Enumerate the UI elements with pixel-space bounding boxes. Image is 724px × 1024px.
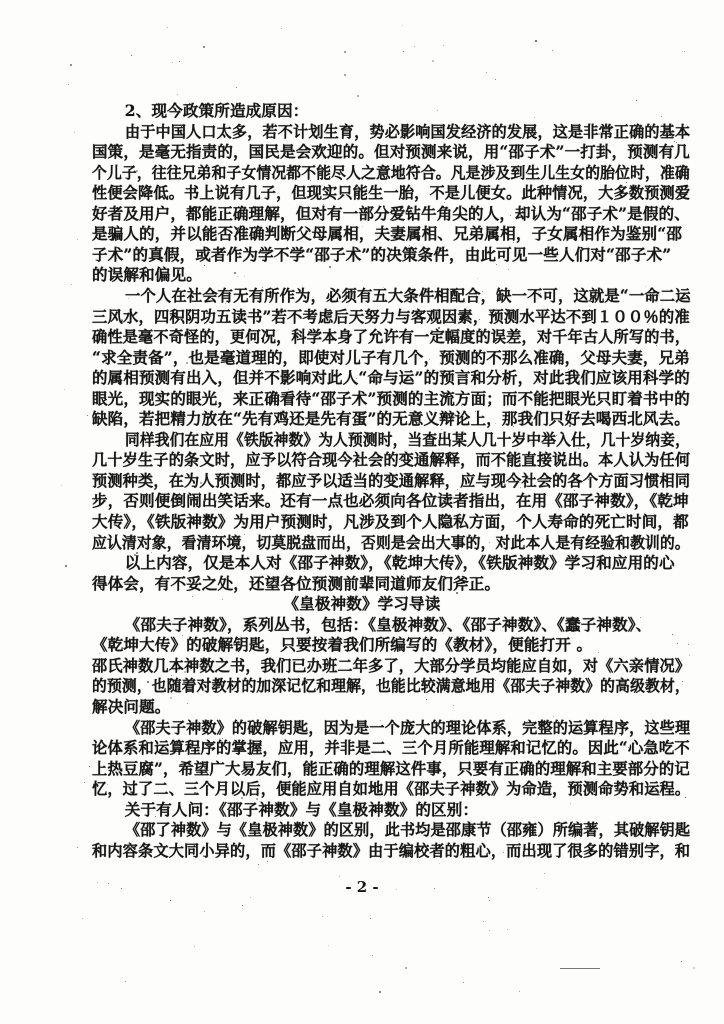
text-line: 2、现今政策所造成原因： <box>125 101 690 121</box>
text-line: 忆，过了二、三个月以后，便能应用自如地用《邵夫子神数》为命造，预测命势和运程。 <box>92 779 676 799</box>
text-line: 以上内容，仅是本人对《邵子神数》，《乾坤大传》，《铁版神数》学习和应用的心 <box>125 553 690 573</box>
text-line: 同样我们在应用《铁版神数》为人预测时，当查出某人几十岁中举入仕，几十岁纳妾， <box>125 430 660 450</box>
section-heading: 《皇极神数》学习导读 <box>0 594 724 614</box>
text-line: 得体会，有不妥之处，还望各位预测前辈同道师友们斧正。 <box>92 574 690 594</box>
text-line: 大传》，《铁版神数》为用户预测时，凡涉及到个人隐私方面，个人寿命的死亡时间，都 <box>92 512 690 532</box>
text-line: 是骗人的，并以能否准确判断父母属相，夫妻属相、兄弟属相，子女属相作为鉴别“邵 <box>92 224 690 244</box>
text-line: 上热豆腐”，希望广大易友们，能正确的理解这件事，只要有正确的理解和主要部分的记 <box>92 759 682 779</box>
text-line: 的误解和偏见。 <box>92 265 690 285</box>
text-line: 应认清对象，看清环境，切莫脱盘而出，否则是会出大事的，对此本人是有经验和教训的。 <box>92 533 661 553</box>
text-line: 三风水，四积阴功五读书”若不考虑后天努力与客观因素，预测水平达不到１００％的准 <box>92 307 682 327</box>
text-line: 个儿子，往往兄弟和子女情况都不能尽人之意地符合。凡是涉及到生儿生女的胎位时，准确 <box>92 163 661 183</box>
text-line: 《乾坤大传》的破解钥匙，只要按着我们所编写的《教材》，便能打开 。 <box>92 635 690 655</box>
text-line: 论体系和运算程序的掌握，应用，并非是二、三个月所能理解和记忆的。因此“心急吃不 <box>92 738 682 758</box>
page-number: - 2 - <box>0 878 724 896</box>
text-line: 预测种类，在为人预测时，都应予以适当的变通解释，应与现今社会的各个方面习惯相同 <box>92 471 676 491</box>
text-line: 《邵了神数》与《皇极神数》的区别，此书均是邵康节（邵雍）所编著，其破解钥匙 <box>125 820 675 840</box>
text-line: 性便会降低。书上说有几子，但现实只能生一胎，不是儿便女。此种情况，大多数预测爱 <box>92 183 676 203</box>
scan-artifact-line <box>560 968 600 969</box>
text-line: 和内容条文大同小异的，而《邵子神数》由于编校者的粗心，而出现了很多的错别字，和 <box>92 841 676 861</box>
text-line: 《邵夫子神数》，系列丛书，包括：《皇极神数》、《邵子神数》、《蠢子神数》、 <box>125 615 690 635</box>
text-line: “求全责备”，也是毫道理的，即使对儿子有几个，预测的不那么准确，父母夫妻，兄弟 <box>92 348 689 368</box>
text-line: 的预测，也随着对教材的加深记忆和理解，也能比较满意地用《邵夫子神数》的高级教材， <box>92 676 661 696</box>
text-line: 确性是毫不奇怪的，更何况，科学本身了允许有一定幅度的误差，对千年古人所写的书， <box>92 327 676 347</box>
text-line: 关于有人问：《邵子神数》与《皇极神数》的区别： <box>125 800 690 820</box>
text-line: 步，否则便倒闹出笑话来。还有一点也必须向各位读者指出，在用《邵子神数》，《乾坤 <box>92 491 690 511</box>
text-line: 好者及用户，都能正确理解，但对有一部分爱钻牛角尖的人，却认为“邵子术”是假的、 <box>92 204 689 224</box>
text-line: 由于中国人口太多，若不计划生育，势必影响国发经济的发展，这是非常正确的基本 <box>125 122 675 142</box>
scanned-document-page: 2、现今政策所造成原因：由于中国人口太多，若不计划生育，势必影响国发经济的发展，… <box>0 0 724 1024</box>
text-line: 的属相预测有出入，但并不影响对此人“命与运”的预言和分析，对此我们应该用科学的 <box>92 368 689 388</box>
text-line: 《邵夫子神数》的破解钥匙，因为是一个庞大的理论体系，完整的运算程序，这些理 <box>125 718 675 738</box>
text-line: 眼光，现实的眼光，来正确看待“邵子术”预测的主流方面；而不能把眼光只盯着书中的 <box>92 389 689 409</box>
text-line: 几十岁生子的条文时，应予以符合现今社会的变通解释，而不能直接说出。本人认为任何 <box>92 450 676 470</box>
text-line: 解决问题。 <box>92 697 690 717</box>
text-line: 一个人在社会有无有所作为，必须有五大条件相配合，缺一不可，这就是“一命二运 <box>125 286 682 306</box>
text-line: 邵氏神数几本神数之书，我们已办班二年多了，大部分学员均能应自如，对《六亲情况》 <box>92 656 676 676</box>
text-line: 国策，是毫无指责的，国民是会欢迎的。但对预测来说，用“邵子术”一打卦，预测有几 <box>92 142 689 162</box>
text-line: 缺陷，若把精力放在“先有鸡还是先有蛋”的无意义辩论上，那我们只好去喝西北风去。 <box>92 409 689 429</box>
text-line: 子术”的真假，或者作为学不学“邵子术”的决策条件，由此可见一些人们对“邵子术” <box>92 245 690 265</box>
